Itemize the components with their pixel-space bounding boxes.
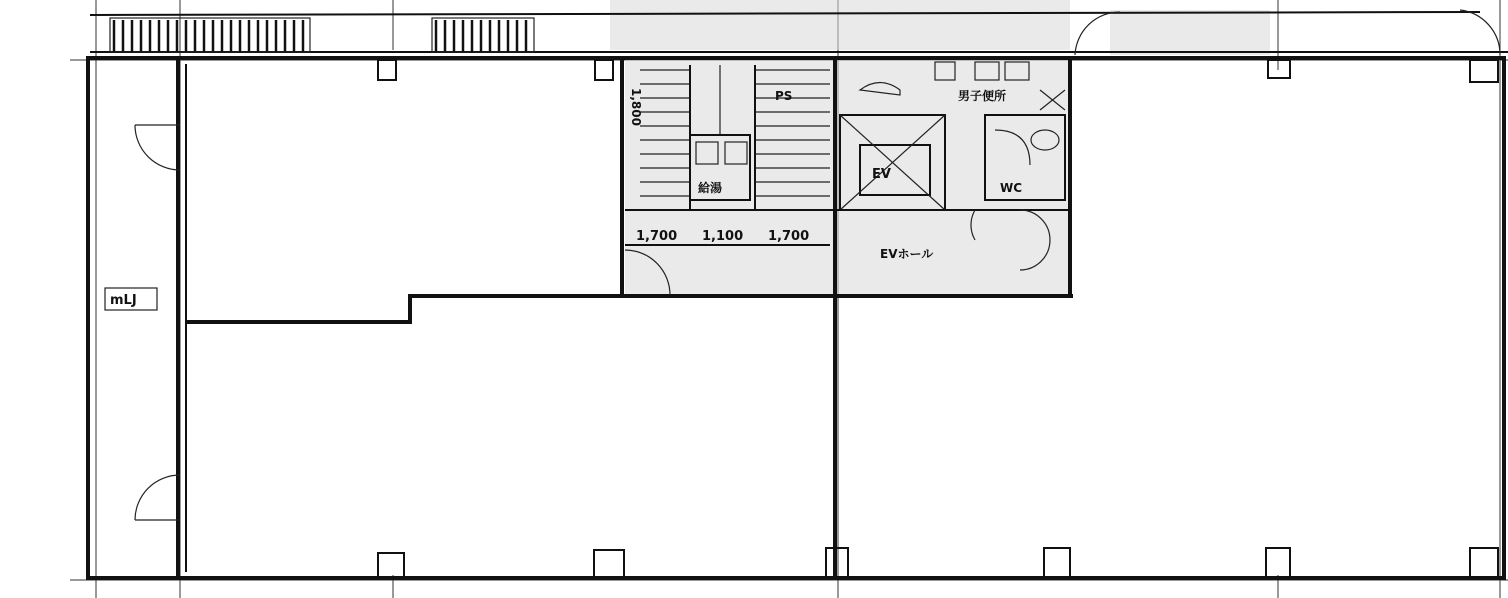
label-dim-2: 1,100	[702, 229, 743, 244]
label-ev-hall: EVホール	[880, 247, 934, 261]
label-stair-dim: 1,800	[629, 88, 643, 126]
shaded-areas	[610, 0, 1270, 295]
label-dim-3: 1,700	[768, 229, 809, 244]
railing-right	[436, 20, 526, 52]
railing-left	[114, 20, 303, 52]
label-dim-1: 1,700	[636, 229, 677, 244]
label-wc: WC	[1000, 181, 1022, 195]
floor-plan: mLJ 1,800 1,700 1,100 1,700 給湯 PS EV EVホ…	[0, 0, 1508, 598]
label-ps: PS	[775, 89, 792, 103]
label-ev: EV	[872, 167, 891, 182]
label-left-corridor: mLJ	[110, 293, 137, 308]
label-wc-top: 男子便所	[958, 88, 1006, 103]
label-kitchenette: 給湯	[697, 180, 722, 195]
